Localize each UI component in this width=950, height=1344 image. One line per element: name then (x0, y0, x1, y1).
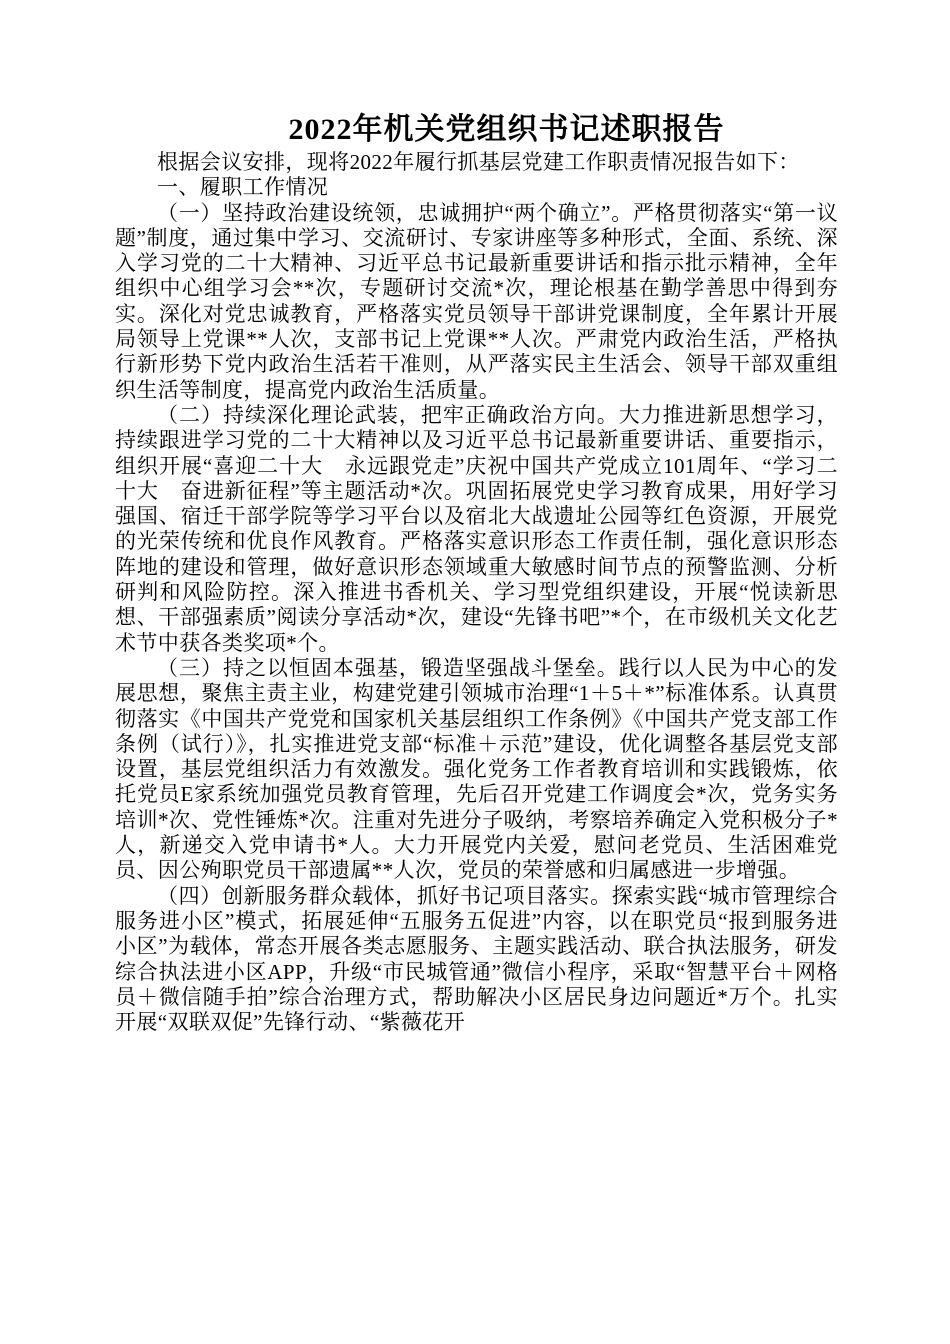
subsection-paragraph-3: （三）持之以恒固本强基，锻造坚强战斗堡垒。践行以人民为中心的发展思想，聚焦主责主… (115, 656, 838, 884)
intro-paragraph: 根据会议安排，现将2022年履行抓基层党建工作职责情况报告如下： (115, 150, 838, 175)
document-content: 2022年机关党组织书记述职报告 根据会议安排，现将2022年履行抓基层党建工作… (115, 110, 838, 1035)
subsection-paragraph-1: （一）坚持政治建设统领，忠诚拥护“两个确立”。严格贯彻落实“第一议题”制度，通过… (115, 201, 838, 403)
document-page: 2022年机关党组织书记述职报告 根据会议安排，现将2022年履行抓基层党建工作… (0, 0, 950, 1344)
subsection-paragraph-4: （四）创新服务群众载体，抓好书记项目落实。探索实践“城市管理综合服务进小区”模式… (115, 884, 838, 1036)
section-heading-performance: 一、履职工作情况 (115, 175, 838, 200)
document-title: 2022年机关党组织书记述职报告 (115, 110, 838, 150)
subsection-paragraph-2: （二）持续深化理论武装，把牢正确政治方向。大力推进新思想学习，持续跟进学习党的二… (115, 403, 838, 656)
